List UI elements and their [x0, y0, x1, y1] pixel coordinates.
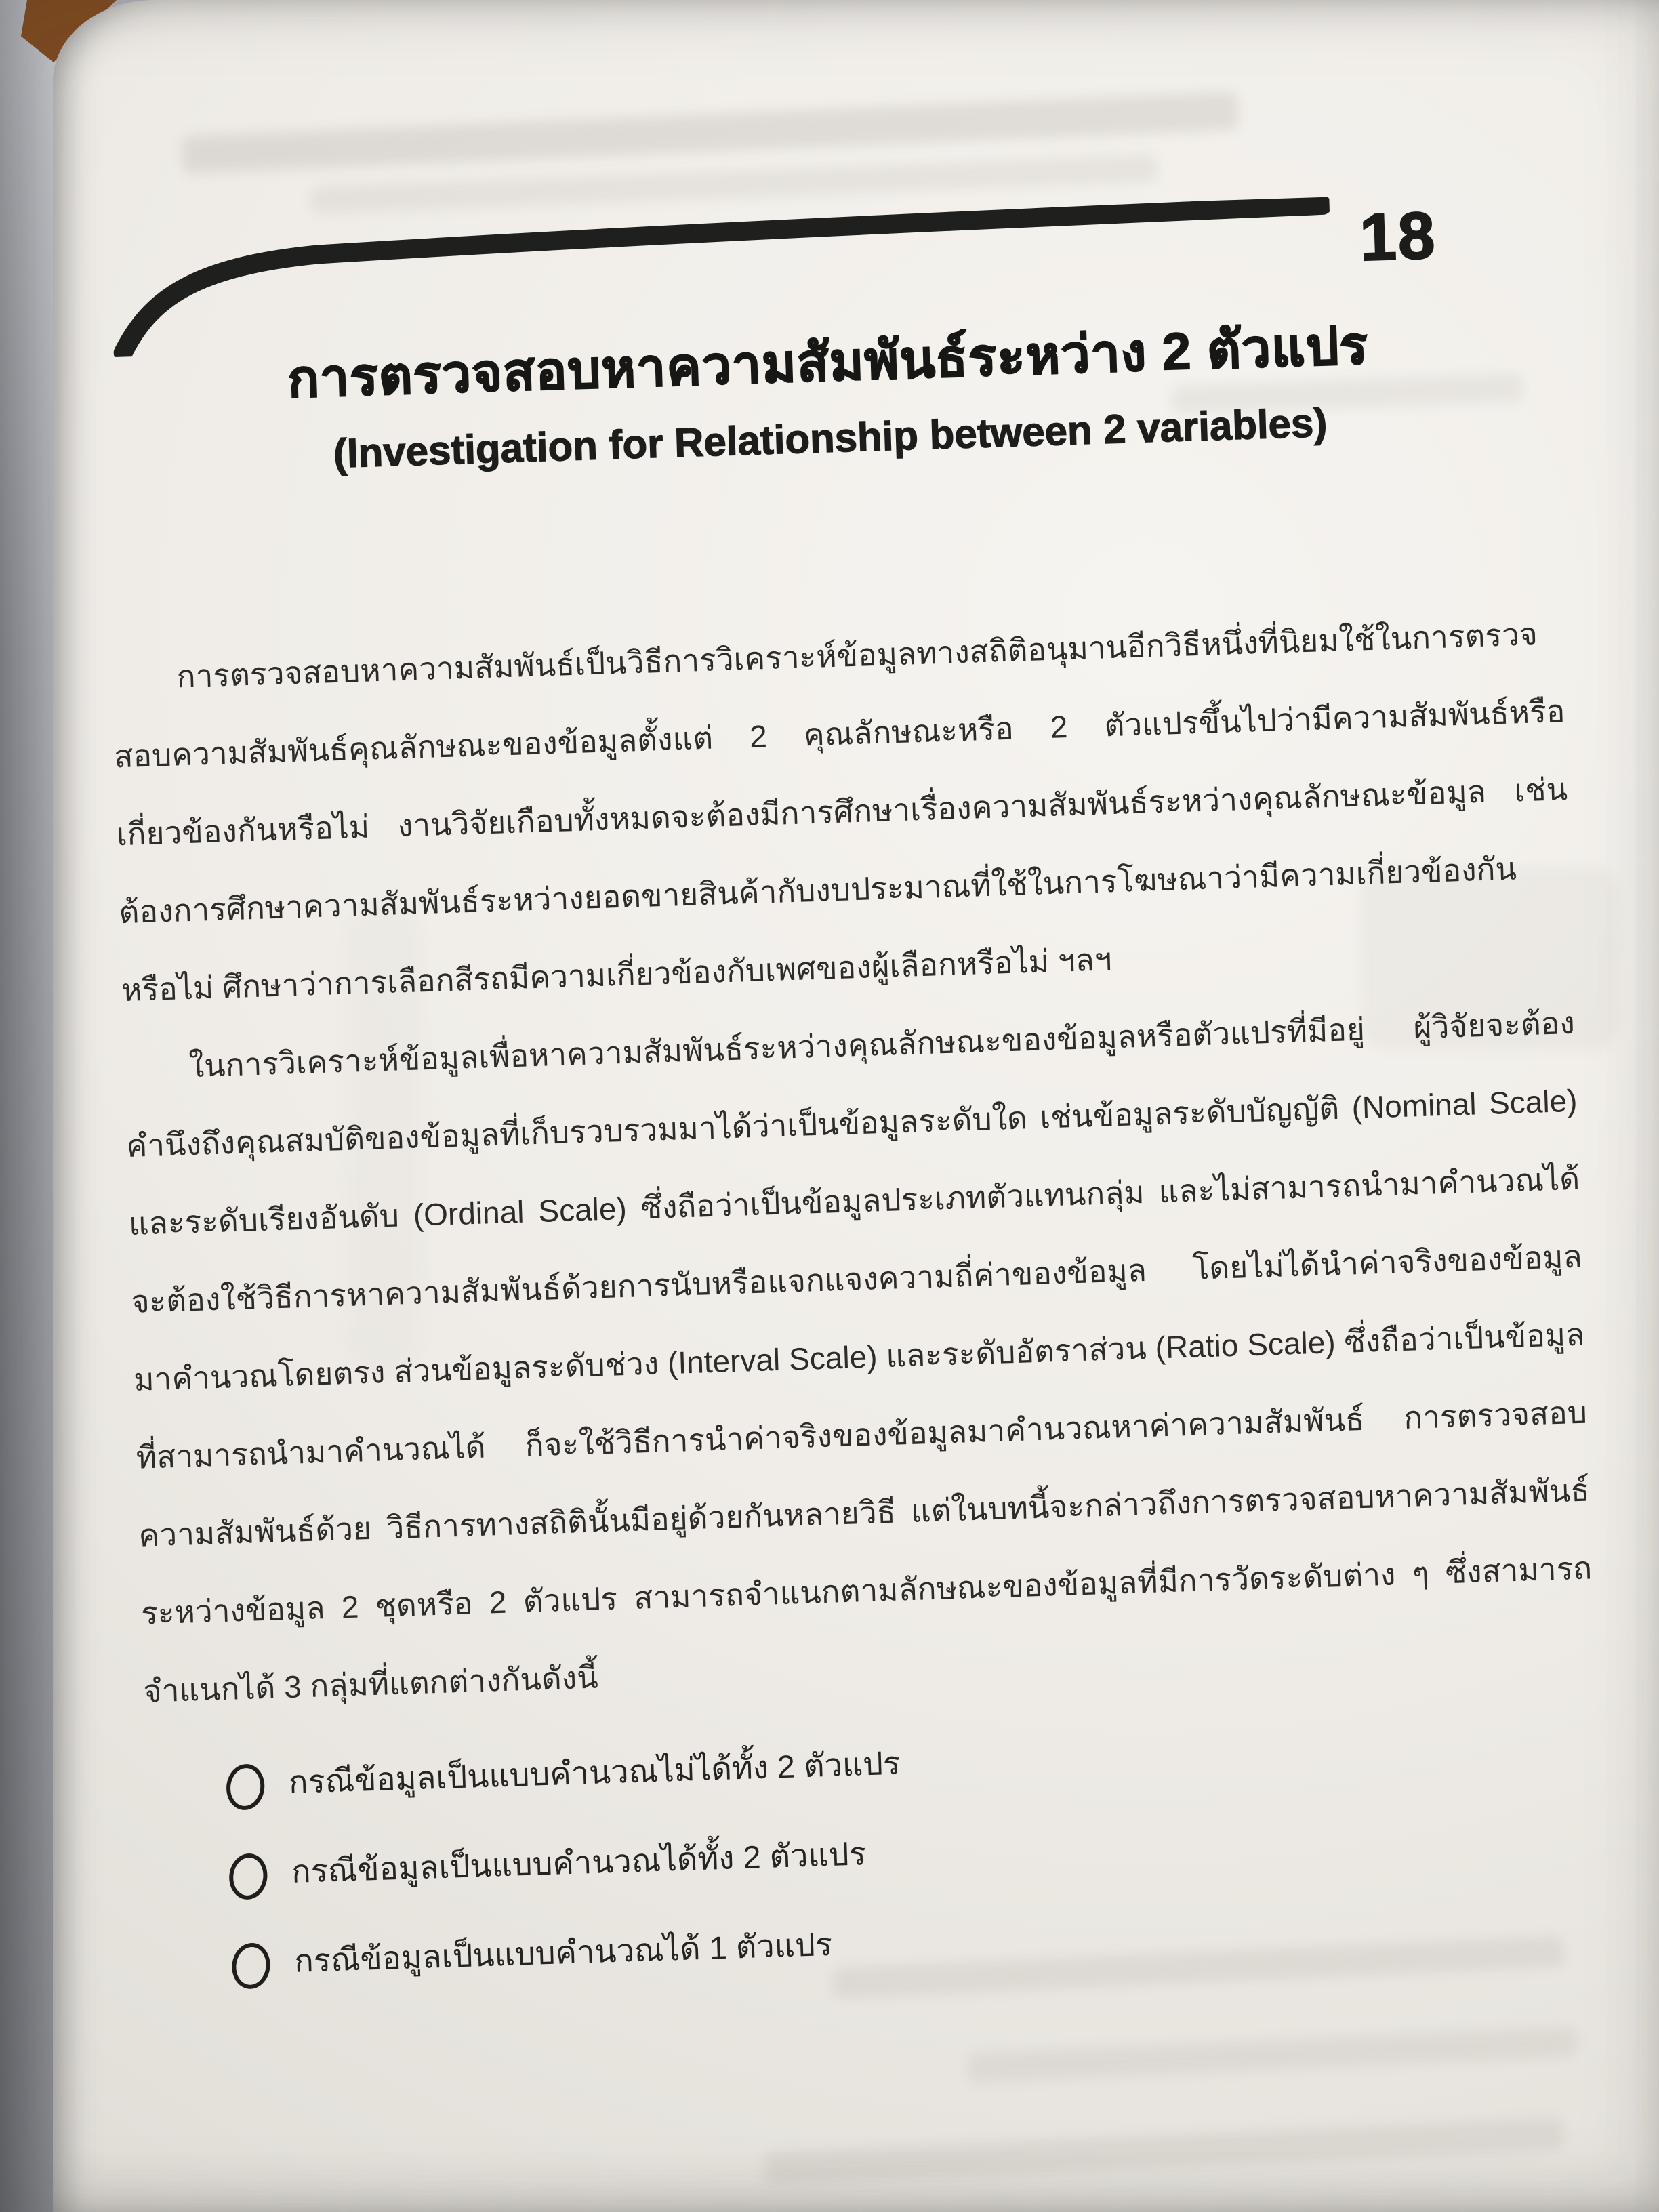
book-page-photo: 18 การตรวจสอบหาความสัมพันธ์ระหว่าง 2 ตัว…	[0, 0, 1659, 2212]
body-paragraph-1: การตรวจสอบหาความสัมพันธ์เป็นวิธีการวิเคร…	[110, 594, 1574, 1029]
body-text: การตรวจสอบหาความสัมพันธ์เป็นวิธีการวิเคร…	[110, 594, 1596, 1730]
chapter-number: 18	[1359, 202, 1437, 271]
circle-bullet-icon	[229, 1941, 272, 1991]
bullet-label: กรณีข้อมูลเป็นแบบคำนวณได้ทั้ง 2 ตัวแปร	[291, 1832, 867, 1892]
bullet-item: กรณีข้อมูลเป็นแบบคำนวณไม่ได้ทั้ง 2 ตัวแป…	[226, 1720, 1598, 1811]
bullet-item: กรณีข้อมูลเป็นแบบคำนวณได้ 1 ตัวแปร	[231, 1899, 1603, 1990]
bullet-label: กรณีข้อมูลเป็นแบบคำนวณได้ 1 ตัวแปร	[293, 1923, 833, 1982]
circle-bullet-icon	[226, 1851, 270, 1902]
bullet-item: กรณีข้อมูลเป็นแบบคำนวณได้ทั้ง 2 ตัวแปร	[228, 1809, 1601, 1900]
book-page: 18 การตรวจสอบหาความสัมพันธ์ระหว่าง 2 ตัว…	[53, 0, 1659, 2212]
bleedthrough-smudge	[764, 2117, 1565, 2184]
bleedthrough-smudge	[967, 2026, 1578, 2083]
bullet-list: กรณีข้อมูลเป็นแบบคำนวณไม่ได้ทั้ง 2 ตัวแป…	[226, 1720, 1603, 1989]
body-paragraph-2: ในการวิเคราะห์ข้อมูลเพื่อหาความสัมพันธ์ร…	[123, 984, 1595, 1731]
bullet-label: กรณีข้อมูลเป็นแบบคำนวณไม่ได้ทั้ง 2 ตัวแป…	[288, 1742, 901, 1803]
page-content: 18 การตรวจสอบหาความสัมพันธ์ระหว่าง 2 ตัว…	[97, 175, 1605, 2034]
circle-bullet-icon	[224, 1762, 267, 1812]
